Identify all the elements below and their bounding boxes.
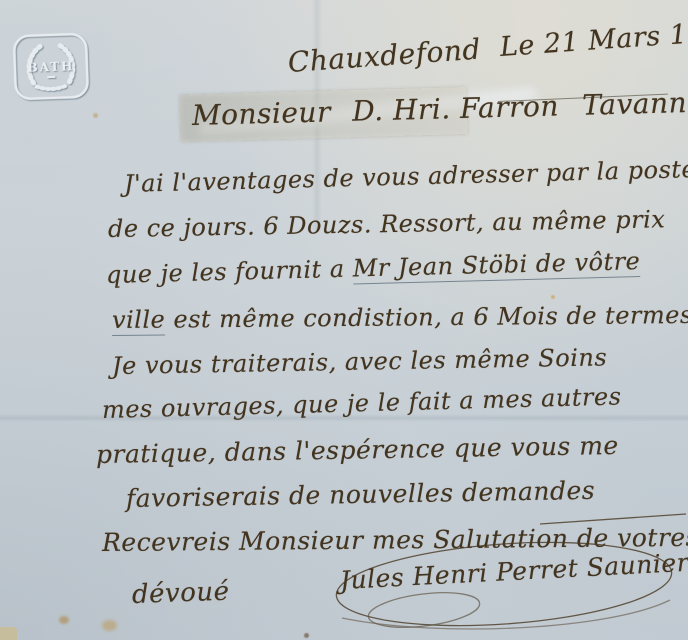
foxing-spot — [551, 295, 555, 299]
body-text: est même condistion, a 6 Mois de termes — [165, 301, 688, 334]
body-line-4: ville est même condistion, a 6 Mois de t… — [112, 301, 688, 334]
body-line-7: pratique, dans l'espérence que vous me — [96, 431, 619, 469]
body-line-3: que je les fournit a Mr Jean Stöbi de vô… — [106, 247, 641, 289]
paper-edge-chip — [0, 627, 17, 640]
dateline-place: Chauxdefond — [287, 33, 482, 79]
addressee-name: D. Hri. Farron — [352, 89, 559, 127]
addressee-salutation: Monsieur — [192, 95, 332, 132]
body-line-1: J'ai l'aventages de vous adresser par la… — [124, 155, 688, 198]
body-text: pratique, dans l'espérence que vous me — [96, 431, 619, 469]
stain-spot — [102, 620, 117, 631]
dateline-date: Le 21 Mars 1858 — [499, 15, 688, 63]
dark-speck — [304, 633, 309, 638]
addressee-location: Tavanne — [582, 86, 688, 122]
body-line-5: Je vous traiterais, avec les même Soins — [112, 343, 608, 380]
underlined-name: Mr Jean Stöbi de vôtre — [352, 247, 640, 285]
stamp-label: BATH — [27, 59, 75, 75]
letter-scan: BATH Chauxdefond Le 21 Mars 1858 Monsieu… — [0, 0, 688, 640]
valediction: dévoué — [131, 577, 230, 610]
underlined-word: ville — [112, 306, 166, 336]
foxing-spot — [93, 113, 98, 118]
body-text: J'ai l'aventages de vous adresser par la… — [124, 155, 688, 198]
stamp-ornament — [47, 76, 55, 78]
body-text: Je vous traiterais, avec les même Soins — [112, 343, 608, 380]
body-text: favoriserais de nouvelles demandes — [126, 476, 596, 513]
laurel-wreath-icon: BATH — [9, 27, 94, 108]
embossed-stamp: BATH — [9, 27, 94, 112]
body-line-2: de ce jours. 6 Douzs. Ressort, au même p… — [108, 205, 666, 243]
body-text: que je les fournit a — [106, 255, 354, 289]
body-line-8: favoriserais de nouvelles demandes — [126, 476, 596, 513]
body-text: mes ouvrages, que je le fait a mes autre… — [102, 382, 622, 424]
signature: Jules Henri Perret Saunier — [339, 548, 688, 595]
stain-spot — [59, 616, 69, 624]
body-line-6: mes ouvrages, que je le fait a mes autre… — [102, 382, 622, 424]
body-text: de ce jours. 6 Douzs. Ressort, au même p… — [108, 205, 666, 243]
